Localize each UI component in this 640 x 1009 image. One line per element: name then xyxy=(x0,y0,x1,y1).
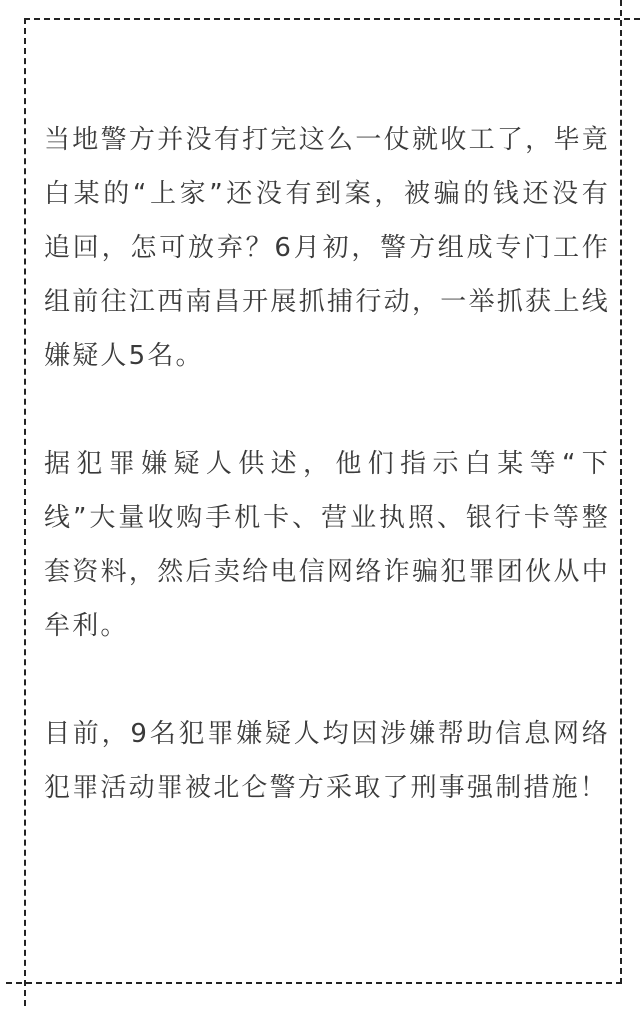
article-body: 当地警方并没有打完这么一仗就收工了，毕竟白某的“上家”还没有到案，被骗的钱还没有… xyxy=(44,113,610,815)
paragraph-arrest-operation: 当地警方并没有打完这么一仗就收工了，毕竟白某的“上家”还没有到案，被骗的钱还没有… xyxy=(44,113,610,383)
paragraph-suspect-statement: 据犯罪嫌疑人供述，他们指示白某等“下线”大量收购手机卡、营业执照、银行卡等整套资… xyxy=(44,437,610,653)
frame-right-border xyxy=(620,0,622,984)
frame-top-border xyxy=(24,18,640,20)
paragraph-current-status: 目前，9名犯罪嫌疑人均因涉嫌帮助信息网络犯罪活动罪被北仑警方采取了刑事强制措施！ xyxy=(44,707,610,815)
frame-bottom-border xyxy=(6,982,622,984)
frame-left-border xyxy=(24,18,26,1006)
